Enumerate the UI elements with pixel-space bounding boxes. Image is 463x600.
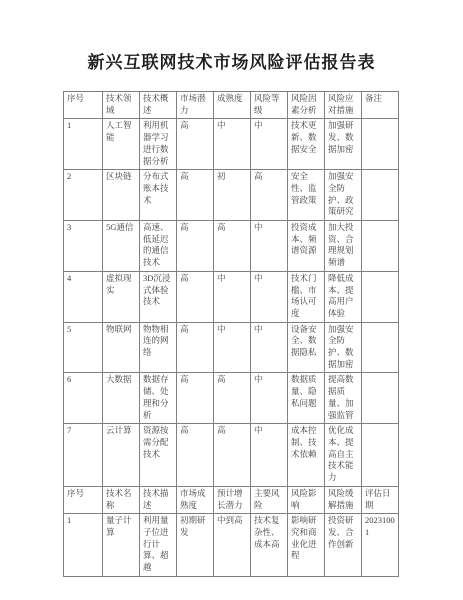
table-cell: 4 [64, 271, 103, 322]
table-cell: 影响研究和商业化进程 [288, 514, 325, 577]
table-cell: 6 [64, 373, 103, 424]
document-page: { "title": "新兴互联网技术市场风险评估报告表", "colors":… [0, 0, 463, 600]
table-cell: 高 [177, 322, 214, 373]
table-cell: 高 [177, 170, 214, 221]
table-cell: 2 [64, 170, 103, 221]
table-cell: 中 [251, 322, 288, 373]
header-cell: 风险缓解措施 [325, 486, 362, 513]
table-cell: 高 [177, 221, 214, 272]
table-cell: 高 [177, 373, 214, 424]
table-cell: 物物相连的网络 [140, 322, 177, 373]
header-cell: 技术名称 [103, 486, 140, 513]
header-cell: 技术描述 [140, 486, 177, 513]
table-cell: 加强安全防护、数据加密 [325, 322, 362, 373]
header-cell: 序号 [64, 486, 103, 513]
header-cell: 风险影响 [288, 486, 325, 513]
table-cell: 1 [64, 119, 103, 170]
table-cell: 中 [214, 271, 251, 322]
table-cell: 中 [214, 322, 251, 373]
table-cell: 1 [64, 514, 103, 577]
table-cell: 初期研发 [177, 514, 214, 577]
table-cell: 安全性、监管政策 [288, 170, 325, 221]
table-cell: 3 [64, 221, 103, 272]
table-cell [362, 119, 399, 170]
table-cell: 高 [214, 424, 251, 487]
table-cell: 中 [251, 373, 288, 424]
table-cell: 投资研发、合作创新 [325, 514, 362, 577]
table-cell: 20231001 [362, 514, 399, 577]
table-body: 序号技术领域技术概述市场潜力成熟度风险等级风险因素分析风险应对措施备注1人工智能… [64, 92, 399, 577]
table-cell: 高 [177, 119, 214, 170]
table-cell: 高 [214, 373, 251, 424]
table-row: 7云计算资源按需分配技术高高中成本控制、技术依赖优化成本、提高自主技术能力 [64, 424, 399, 487]
table-cell: 中 [251, 424, 288, 487]
header-cell: 风险因素分析 [288, 92, 325, 119]
table-cell: 技术复杂性、成本高 [251, 514, 288, 577]
table-row: 6大数据数据存储、处理和分析高高中数据质量、隐私问题提高数据质量、加强监管 [64, 373, 399, 424]
table-cell: 大数据 [103, 373, 140, 424]
header-cell: 市场潜力 [177, 92, 214, 119]
table-cell: 中 [251, 119, 288, 170]
table-cell: 中 [214, 119, 251, 170]
risk-assessment-table: 序号技术领域技术概述市场潜力成熟度风险等级风险因素分析风险应对措施备注1人工智能… [63, 91, 399, 577]
table-cell: 高速、低延迟的通信技术 [140, 221, 177, 272]
header-row-section-2: 序号技术名称技术描述市场成熟度预计增长潜力主要风险风险影响风险缓解措施评估日期 [64, 486, 399, 513]
table-cell: 加大投资、合理规划频谱 [325, 221, 362, 272]
table-cell: 虚拟现实 [103, 271, 140, 322]
table-cell: 区块链 [103, 170, 140, 221]
table-cell: 高 [214, 221, 251, 272]
table-cell: 加强研发、数据加密 [325, 119, 362, 170]
table-row: 1人工智能利用机器学习进行数据分析高中中技术更新、数据安全加强研发、数据加密 [64, 119, 399, 170]
header-cell: 市场成熟度 [177, 486, 214, 513]
table-cell: 利用量子位进行计算、超越 [140, 514, 177, 577]
table-cell: 物联网 [103, 322, 140, 373]
table-cell: 中到高 [214, 514, 251, 577]
table-cell: 加强安全防护、政策研究 [325, 170, 362, 221]
table-cell: 数据质量、隐私问题 [288, 373, 325, 424]
header-cell: 技术概述 [140, 92, 177, 119]
table-cell: 中 [251, 221, 288, 272]
header-row-section-1: 序号技术领域技术概述市场潜力成熟度风险等级风险因素分析风险应对措施备注 [64, 92, 399, 119]
table-cell: 7 [64, 424, 103, 487]
document-title: 新兴互联网技术市场风险评估报告表 [0, 0, 463, 74]
table-cell: 5G通信 [103, 221, 140, 272]
table-cell: 人工智能 [103, 119, 140, 170]
table-cell: 优化成本、提高自主技术能力 [325, 424, 362, 487]
header-cell: 技术领域 [103, 92, 140, 119]
table-cell: 资源按需分配技术 [140, 424, 177, 487]
table-cell [362, 221, 399, 272]
table-cell: 初 [214, 170, 251, 221]
table-cell: 5 [64, 322, 103, 373]
table-cell: 利用机器学习进行数据分析 [140, 119, 177, 170]
table-row: 2区块链分布式账本技术高初高安全性、监管政策加强安全防护、政策研究 [64, 170, 399, 221]
table-cell [362, 373, 399, 424]
table-cell: 数据存储、处理和分析 [140, 373, 177, 424]
table-cell: 分布式账本技术 [140, 170, 177, 221]
table-cell [362, 424, 399, 487]
table-cell: 降低成本、提高用户体验 [325, 271, 362, 322]
table-cell [362, 170, 399, 221]
header-cell: 评估日期 [362, 486, 399, 513]
table-cell: 技术更新、数据安全 [288, 119, 325, 170]
table-cell: 高 [251, 170, 288, 221]
table-cell: 成本控制、技术依赖 [288, 424, 325, 487]
header-cell: 风险等级 [251, 92, 288, 119]
table-row: 4虚拟现实3D沉浸式体验技术高中中技术门槛、市场认可度降低成本、提高用户体验 [64, 271, 399, 322]
table-cell: 量子计算 [103, 514, 140, 577]
header-cell: 备注 [362, 92, 399, 119]
table-cell: 投资成本、频谱资源 [288, 221, 325, 272]
table-cell: 技术门槛、市场认可度 [288, 271, 325, 322]
table-row: 35G通信高速、低延迟的通信技术高高中投资成本、频谱资源加大投资、合理规划频谱 [64, 221, 399, 272]
table-cell [362, 322, 399, 373]
table-cell: 云计算 [103, 424, 140, 487]
table-cell: 提高数据质量、加强监管 [325, 373, 362, 424]
header-cell: 序号 [64, 92, 103, 119]
table-cell: 高 [177, 271, 214, 322]
header-cell: 预计增长潜力 [214, 486, 251, 513]
table-row: 5物联网物物相连的网络高中中设备安全、数据隐私加强安全防护、数据加密 [64, 322, 399, 373]
table-cell: 3D沉浸式体验技术 [140, 271, 177, 322]
table-cell: 中 [251, 271, 288, 322]
header-cell: 风险应对措施 [325, 92, 362, 119]
header-cell: 主要风险 [251, 486, 288, 513]
table-cell [362, 271, 399, 322]
table-cell: 高 [177, 424, 214, 487]
table-row: 1量子计算利用量子位进行计算、超越初期研发中到高技术复杂性、成本高影响研究和商业… [64, 514, 399, 577]
table-cell: 设备安全、数据隐私 [288, 322, 325, 373]
header-cell: 成熟度 [214, 92, 251, 119]
